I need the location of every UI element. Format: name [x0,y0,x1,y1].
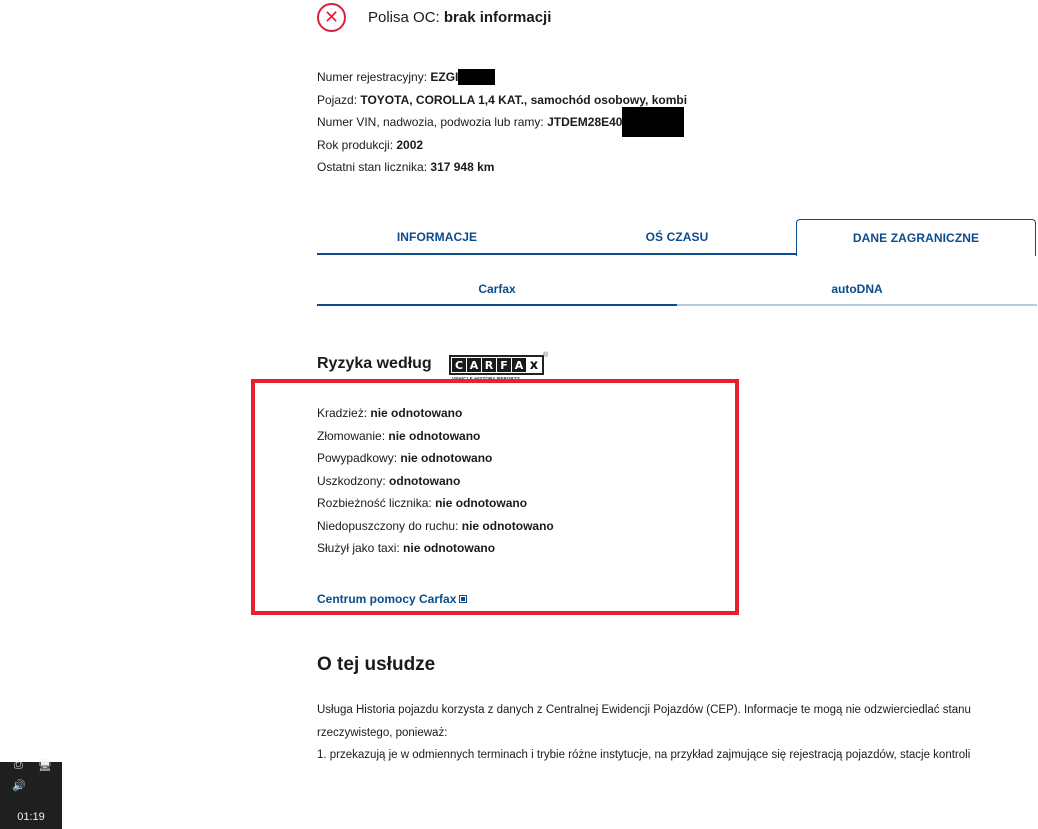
about-paragraph: Usługa Historia pojazdu korzysta z danyc… [317,699,1037,744]
odometer-row: Ostatni stan licznika: 317 948 km [317,156,687,179]
volume-icon[interactable]: 🔊 [12,779,26,792]
logo-letter: F [497,358,511,372]
risk-item: Rozbieżność licznika: nie odnotowano [317,492,554,515]
help-link-label: Centrum pomocy Carfax [317,592,456,606]
logo-letter: x [527,358,541,372]
year-row: Rok produkcji: 2002 [317,134,687,157]
risk-item: Uszkodzony: odnotowano [317,470,554,493]
risk-item: Złomowanie: nie odnotowano [317,425,554,448]
logo-letter: A [467,358,481,372]
registration-row: Numer rejestracyjny: EZGI [317,66,687,89]
subtab-carfax[interactable]: Carfax [317,274,677,306]
risk-item: Służył jako taxi: nie odnotowano [317,537,554,560]
redaction-block [622,107,684,137]
subtab-autodna[interactable]: autoDNA [677,274,1037,306]
sub-tabs: Carfax autoDNA [317,274,1037,306]
external-link-icon [459,595,467,603]
logo-letter: A [512,358,526,372]
registered-mark: ® [543,352,548,359]
clock[interactable]: 01:19 [0,811,62,823]
about-text: Usługa Historia pojazdu korzysta z danyc… [317,699,1037,767]
tab-os-czasu[interactable]: OŚ CZASU [557,219,797,255]
insurance-text: Polisa OC: brak informacji [368,9,551,26]
redaction-block [458,69,495,85]
insurance-status: ✕ Polisa OC: brak informacji [317,1,551,33]
main-tabs: INFORMACJE OŚ CZASU DANE ZAGRANICZNE [317,219,1037,255]
risk-title: Ryzyka według [317,355,432,373]
risk-item: Niedopuszczony do ruchu: nie odnotowano [317,515,554,538]
vehicle-details: Numer rejestracyjny: EZGI Pojazd: TOYOTA… [317,66,687,179]
logo-letter: C [452,358,466,372]
about-title: O tej usłudze [317,654,435,676]
risk-list: Kradzież: nie odnotowano Złomowanie: nie… [317,402,554,560]
logo-letter: R [482,358,496,372]
tab-dane-zagraniczne[interactable]: DANE ZAGRANICZNE [796,219,1036,256]
tab-informacje[interactable]: INFORMACJE [317,219,557,255]
risk-item: Kradzież: nie odnotowano [317,402,554,425]
device-icon[interactable]: ⎙ [14,759,23,772]
carfax-help-link[interactable]: Centrum pomocy Carfax [317,592,467,606]
vin-row: Numer VIN, nadwozia, podwozia lub ramy: … [317,111,687,134]
risk-item: Powypadkowy: nie odnotowano [317,447,554,470]
network-icon[interactable]: 🖥 [38,759,52,772]
about-point: 1. przekazują je w odmiennych terminach … [317,744,1037,767]
taskbar: ⎙ 🖥 🔊 01:19 [0,762,62,829]
x-circle-icon: ✕ [317,3,346,32]
